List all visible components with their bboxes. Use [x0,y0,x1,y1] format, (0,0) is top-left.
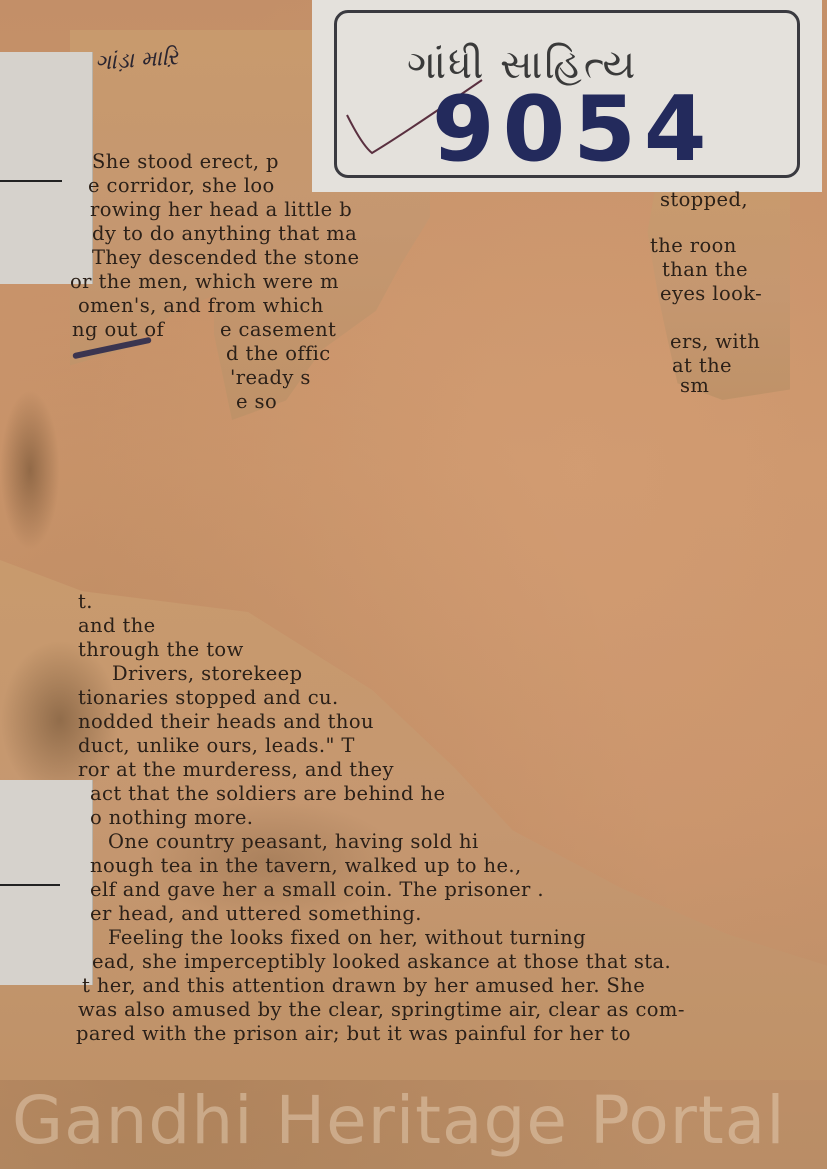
catalog-number: 9054 [432,85,715,175]
text-line: rowing her head a little b [90,198,352,222]
paper-scrap-lower [0,780,92,985]
text-line: or the men, which were m [70,270,339,294]
text-line: er head, and uttered something. [90,902,422,926]
text-line: the roon [650,234,737,258]
text-line: act that the soldiers are behind he [90,782,445,806]
text-line: e casement [220,318,336,342]
text-line: t her, and this attention drawn by her a… [82,974,645,998]
text-line: stopped, [660,188,748,212]
text-line: e so [236,390,277,414]
text-line: She stood erect, p [92,150,279,174]
text-line: ers, with [670,330,760,354]
library-label: ગાંધી સાહિત્ય 9054 [312,0,822,192]
text-line: Drivers, storekeep [112,662,303,686]
text-line: One country peasant, having sold hi [108,830,479,854]
scrap-rule-line [0,180,62,182]
text-line: eyes look- [660,282,762,306]
text-line: was also amused by the clear, springtime… [78,998,685,1022]
text-line: dy to do anything that ma [92,222,357,246]
scrap-rule-line [0,884,60,886]
text-line: t. [78,590,93,614]
text-line: and the [78,614,156,638]
text-line: e corridor, she loo [88,174,275,198]
text-line: o nothing more. [90,806,253,830]
text-line: ead, she imperceptibly looked askance at… [92,950,671,974]
paper-scrap-upper [0,52,92,284]
text-line: through the tow [78,638,244,662]
water-stain [0,390,60,550]
text-line: than the [662,258,748,282]
text-line: tionaries stopped and cu. [78,686,339,710]
text-line: 'ready s [230,366,311,390]
text-line: duct, unlike ours, leads." T [78,734,355,758]
text-line: They descended the stone [92,246,360,270]
text-line: sm [680,374,709,398]
text-line: omen's, and from which [78,294,324,318]
text-line: nough tea in the tavern, walked up to he… [90,854,522,878]
text-line: Feeling the looks fixed on her, without … [108,926,586,950]
text-line: d the offic [226,342,331,366]
text-line: elf and gave her a small coin. The priso… [90,878,544,902]
text-line: ror at the murderess, and they [78,758,394,782]
text-line: pared with the prison air; but it was pa… [76,1022,631,1046]
text-line: nodded their heads and thou [78,710,374,734]
watermark-text: Gandhi Heritage Portal [12,1082,786,1159]
